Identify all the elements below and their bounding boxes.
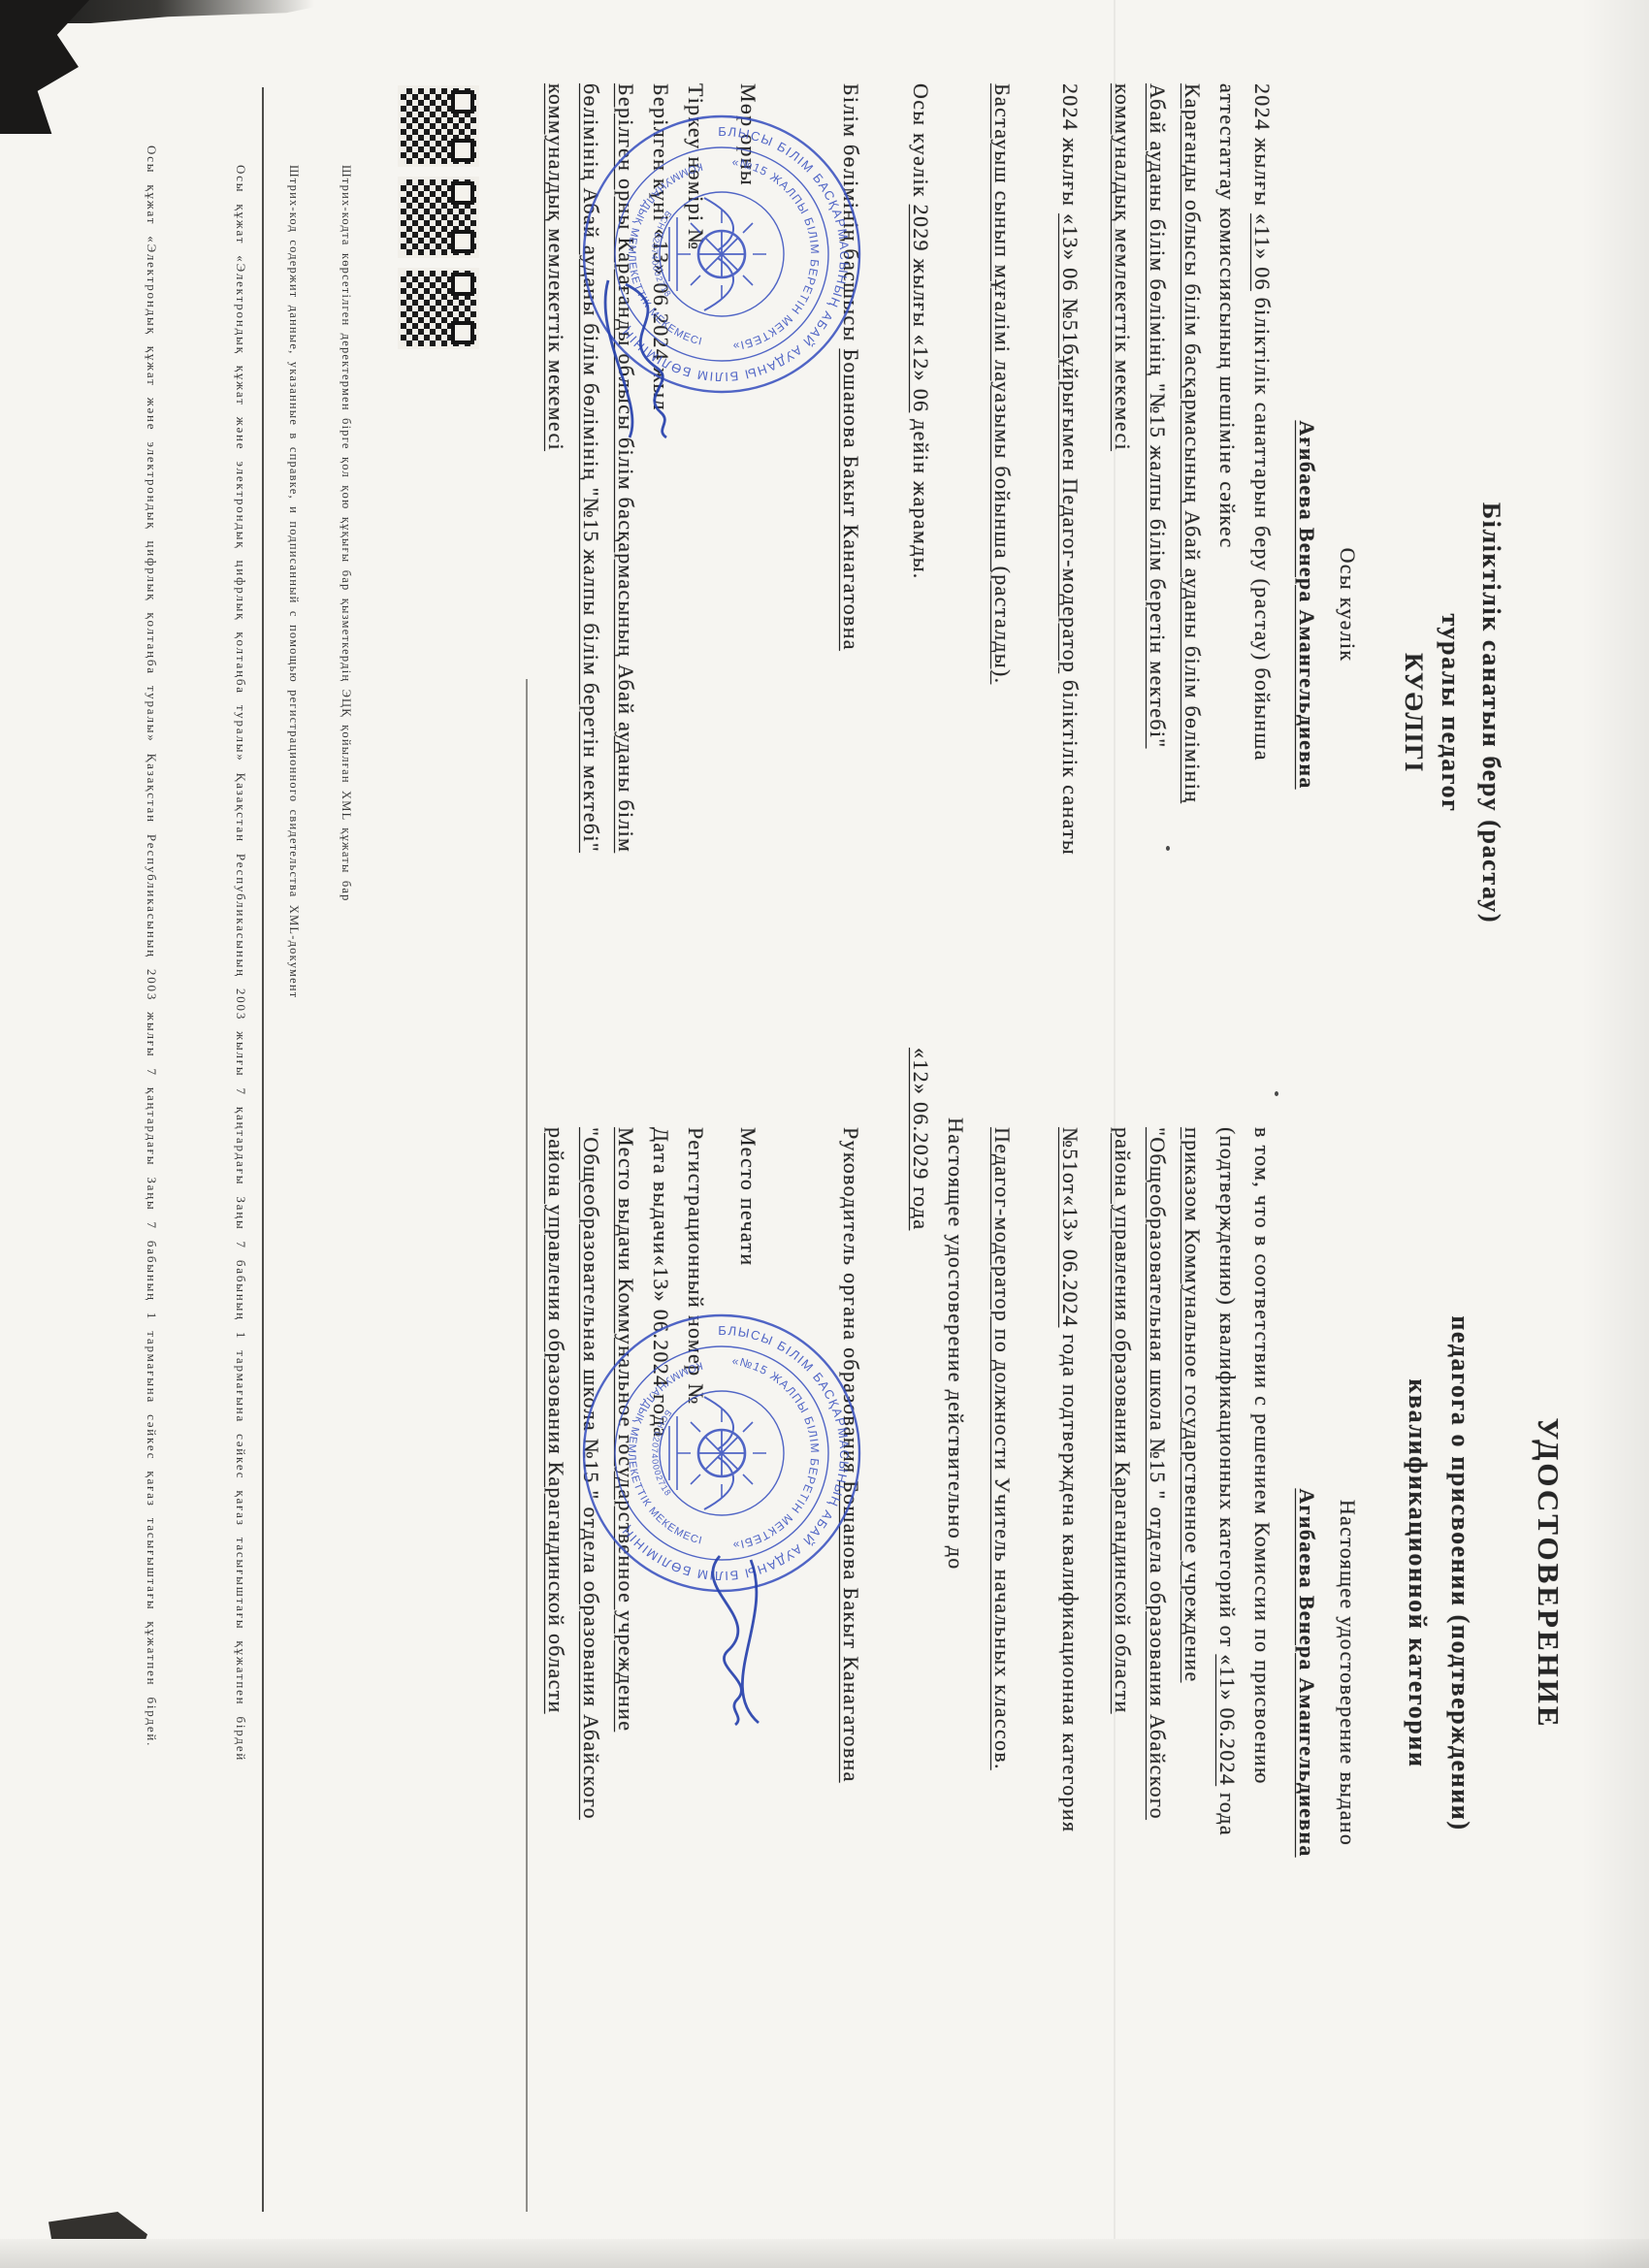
kz-valid-pre: Осы куәлік: [909, 83, 933, 205]
ru-title-line-2: педагога о присвоении (подтверждении): [1445, 1127, 1474, 2020]
ru-body1-line5: района управления образования Карагандин…: [1110, 1127, 1135, 2219]
ru-b1l2-date: «11» 06.2024: [1215, 1654, 1240, 1786]
ru-issue-date: Дата выдачи«13» 06.2024 года: [648, 1127, 673, 2219]
kz-validity: Осы куәлік 2029 жылғы «12» 06 дейін жара…: [908, 83, 933, 1126]
scan-speck: [1166, 846, 1170, 851]
ru-issue-place-line3: района управления образования Карагандин…: [543, 1127, 568, 2219]
ru-body2-line2: Педагог-модератор по должности Учитель н…: [989, 1127, 1015, 2219]
kz-holder-name: Ағибаева Венера Амангельдиевна: [1294, 83, 1319, 1126]
qr-code-2: [398, 177, 479, 258]
ru-b1l2-pre: (подтверждению) квалификационных категор…: [1215, 1127, 1240, 1654]
kz-b1l1-post: біліктілік санаттарын беру (растау) бойы…: [1250, 291, 1275, 761]
ru-issue-place-line2: "Общеобразовательная школа №15 " отдела …: [578, 1127, 603, 2219]
kz-b2l1-pre: 2024 жылғы: [1058, 83, 1083, 213]
scan-edge-bottom: [0, 2239, 1649, 2268]
ru-body2-line1: №51от«13» 06.2024 года подтверждена квал…: [1057, 1127, 1083, 2219]
kz-body1-line1: 2024 жылғы «11» 06 біліктілік санаттарын…: [1249, 83, 1275, 1126]
kz-b2l1-order: «13» 06 №51бұйрығымен Педагог-модератор: [1058, 213, 1083, 673]
ru-body1-line1: в том, что в соответствии с решением Ком…: [1249, 1127, 1275, 2219]
kz-body1-line5: коммуналдық мемлекеттік мекемесі: [1110, 83, 1135, 1126]
signature-kz: [601, 276, 694, 441]
ru-issue-place-line1: Место выдачи Коммунальное государственно…: [613, 1127, 638, 2219]
ru-intro: Настоящее удостоверение выдано: [1335, 1127, 1360, 2219]
ru-b2l1-post: года подтверждена квалификационная катег…: [1058, 1327, 1083, 1832]
ru-b1l2-post: года: [1215, 1786, 1240, 1836]
kz-title-line-3: КУӘЛІГІ: [1399, 291, 1428, 1135]
kz-body2-line1: 2024 жылғы «13» 06 №51бұйрығымен Педагог…: [1057, 83, 1083, 1126]
kz-body1-line3: Карағанды облысы білім басқармасының Аба…: [1180, 83, 1205, 1126]
ru-signatory: Руководитель органа образования Бошанова…: [838, 1127, 863, 2219]
ru-body1-line2: (подтверждению) квалификационных категор…: [1214, 1127, 1240, 2219]
kz-b1l1-date: «11» 06: [1250, 213, 1275, 291]
ru-title-line-3: квалификационной категории: [1403, 1127, 1432, 2020]
kz-b1l1-pre: 2024 жылғы: [1250, 83, 1275, 213]
kz-intro: Осы куәлік: [1335, 83, 1360, 1126]
ru-b2l1-order: №51от«13» 06.2024: [1058, 1127, 1083, 1327]
ru-body1-line3: приказом Коммунальное государственное уч…: [1180, 1127, 1205, 2219]
qr-code-1: [398, 85, 479, 167]
ru-title-line-1: УДОСТОВЕРЕНИЕ: [1531, 1127, 1566, 2020]
scanned-certificate-page: Біліктілік санатын беру (растау) туралы …: [0, 0, 1649, 2268]
fineprint-barcode-ru: Штрих-код содержит данные, указанные в с…: [286, 165, 301, 1814]
fineprint-law-kz-1: Осы құжат «Электрондық құжат және электр…: [233, 165, 248, 2221]
ru-holder-name: Агибаева Венера Амангельдиевна: [1294, 1127, 1319, 2219]
fineprint-barcode-kz: Штрих-кодта көрсетілген деректермен бірг…: [339, 165, 353, 1329]
kz-body1-line2: аттестаттау комиссиясының шешіміне сәйке…: [1214, 83, 1240, 1126]
fineprint-separator: [262, 87, 264, 2212]
kz-valid-post: дейін жарамды.: [909, 412, 933, 579]
scan-band-right: [1581, 0, 1649, 2268]
ru-validity-date: «12» 06.2029 года: [908, 1048, 933, 1230]
bottom-rule: [526, 679, 528, 2212]
kz-body1-line4: Абай ауданы білім бөлімінің "№15 жалпы б…: [1145, 83, 1170, 1126]
kz-title-line-2: туралы педагог: [1436, 291, 1465, 1135]
fineprint-law-kz-2: Осы құжат «Электрондық құжат және электр…: [144, 146, 159, 2202]
scan-speck: [1275, 1091, 1278, 1096]
certificate-landscape: Біліктілік санатын беру (растау) туралы …: [0, 0, 1649, 2268]
kz-title-line-1: Біліктілік санатын беру (растау): [1476, 291, 1505, 1135]
kz-valid-date: 2029 жылғы «12» 06: [909, 205, 933, 413]
kz-b2l1-post: біліктілік санаты: [1058, 673, 1083, 856]
kz-body2-line2: Бастауыш сынып мұғалімі лауазымы бойынша…: [989, 83, 1015, 1126]
signature-ru: [692, 1550, 784, 1730]
kz-issue-place-line3: коммуналдық мемлекеттік мекемесі: [543, 83, 568, 1126]
ru-validity-label: Настоящее удостоверение действительно до: [943, 1118, 968, 1571]
ru-body1-line4: "Общеобразовательная школа №15 " отдела …: [1145, 1127, 1170, 2219]
qr-code-3: [398, 268, 479, 349]
